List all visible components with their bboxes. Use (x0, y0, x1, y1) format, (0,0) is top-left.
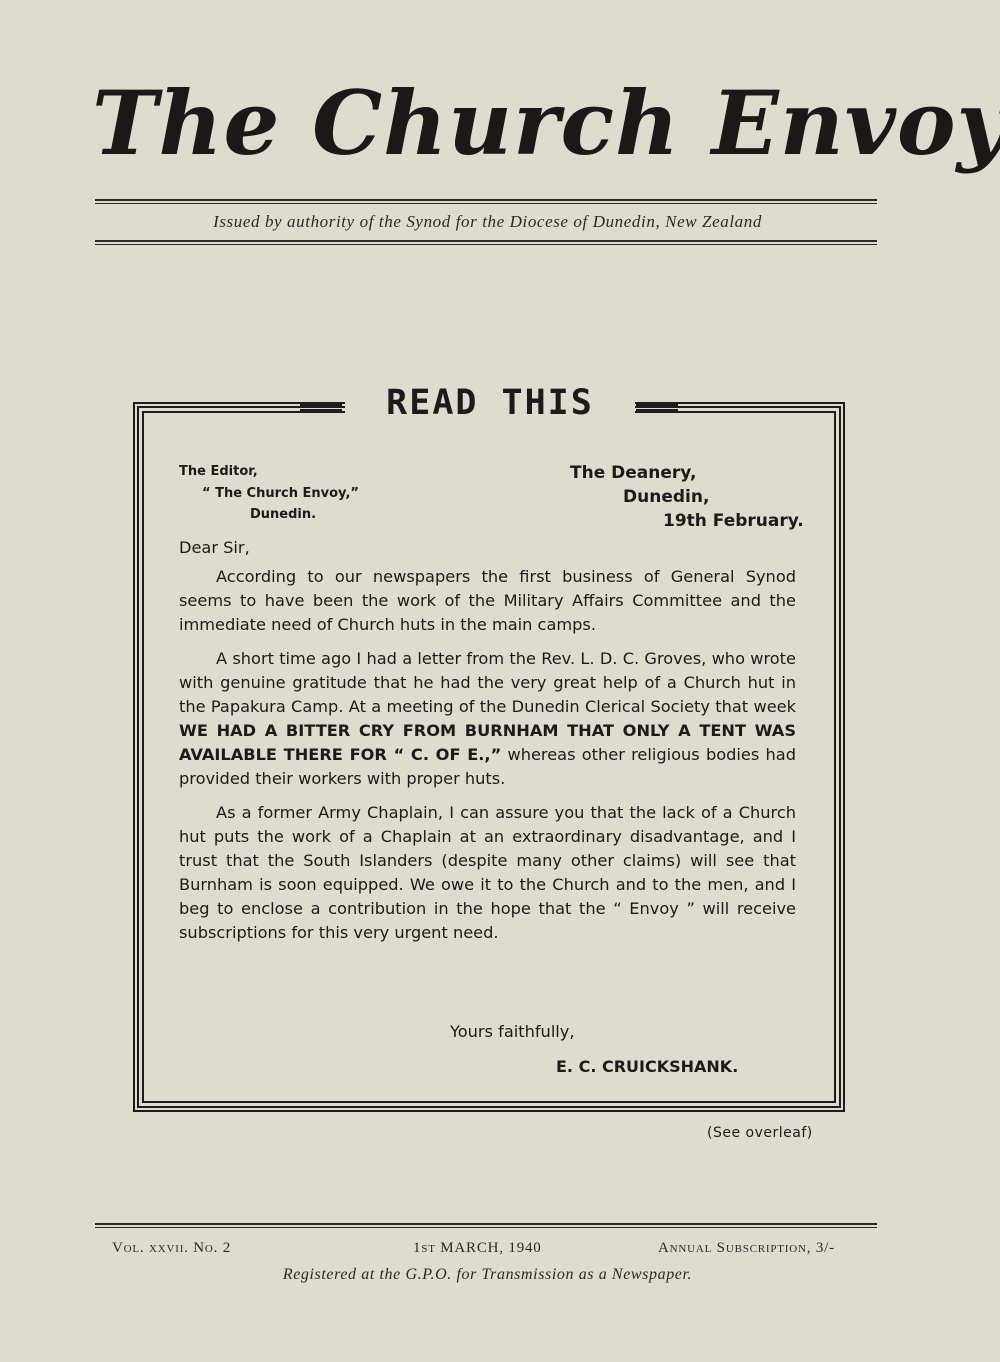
salutation: Dear Sir, (179, 538, 250, 557)
heading-rule-left-2 (300, 409, 342, 411)
recipient-line-3: Dunedin. (250, 507, 316, 522)
heading-rule-right-1 (636, 404, 678, 406)
annual-subscription: Annual Subscription, 3/- (658, 1240, 835, 1257)
see-overleaf-note: (See overleaf) (707, 1125, 813, 1141)
sender-line-2: Dunedin, (623, 487, 709, 507)
paragraph-1: According to our newspapers the first bu… (179, 565, 796, 637)
heading-rule-right-2 (636, 409, 678, 411)
paragraph-2: A short time ago I had a letter from the… (179, 647, 796, 791)
volume-number: Vol. xxvii. No. 2 (112, 1240, 231, 1257)
paragraph-2-start: A short time ago I had a letter from the… (179, 649, 796, 716)
signature: E. C. CRUICKSHANK. (556, 1057, 738, 1076)
issue-date: 1st MARCH, 1940 (413, 1240, 542, 1257)
notice-heading: READ THIS (345, 383, 635, 423)
masthead-subtitle: Issued by authority of the Synod for the… (95, 212, 880, 232)
masthead-title: The Church Envoy (92, 68, 892, 188)
recipient-line-2: “ The Church Envoy,” (202, 486, 359, 501)
sender-line-3: 19th February. (663, 511, 804, 531)
masthead-rule-bottom (95, 240, 877, 245)
heading-rule-left-1 (300, 404, 342, 406)
recipient-line-1: The Editor, (179, 464, 258, 479)
masthead-rule-top (95, 199, 877, 204)
footer-rule (95, 1223, 877, 1228)
letter-body: According to our newspapers the first bu… (179, 565, 796, 945)
paragraph-3: As a former Army Chaplain, I can assure … (179, 801, 796, 945)
closing: Yours faithfully, (450, 1022, 575, 1041)
sender-line-1: The Deanery, (570, 463, 697, 483)
registration-note: Registered at the G.P.O. for Transmissio… (95, 1266, 880, 1284)
